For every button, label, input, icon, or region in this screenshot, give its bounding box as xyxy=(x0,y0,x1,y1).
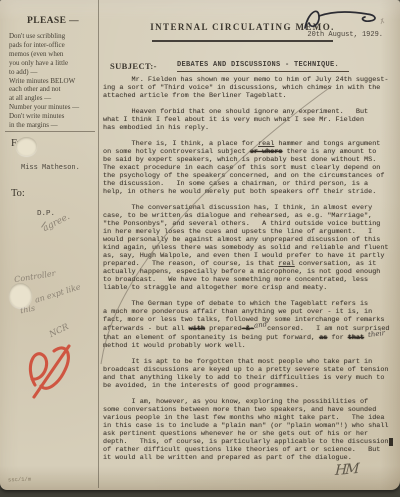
punch-hole-top xyxy=(16,137,37,156)
please-heading: PLEASE — xyxy=(27,16,79,26)
memo-paragraph: Mr. Fielden has shown me your memo to hi… xyxy=(103,76,397,100)
archive-reference: ssc/1/m xyxy=(8,476,31,484)
title-underline xyxy=(152,40,333,42)
punch-hole-bottom xyxy=(9,283,32,308)
subject-value: DEBATES AND DISCUSSIONS - TECHNIQUE. xyxy=(177,61,349,72)
memo-paragraph: Heaven forbid that one should ignore any… xyxy=(103,108,397,132)
memo-paragraph: The conversational discussion has, I thi… xyxy=(103,204,397,292)
memo-paragraph: The German type of debate to which the T… xyxy=(103,300,397,350)
margin-divider-rule xyxy=(98,0,99,488)
to-label: To: xyxy=(11,188,25,199)
memo-paragraph: I am, however, as you know, exploring th… xyxy=(103,398,397,462)
memo-date: 20th August, 1929. xyxy=(250,31,383,39)
from-value: Miss Matheson. xyxy=(21,164,80,172)
scanned-memo-page: PLEASE — Don't use scribbling pads for i… xyxy=(0,0,400,497)
memo-paragraph: It is apt to be forgotten that most peop… xyxy=(103,358,397,390)
margin-horizontal-rule xyxy=(5,131,95,132)
to-value: D.P. xyxy=(37,210,55,218)
memo-body: Mr. Fielden has shown me your memo to hi… xyxy=(103,76,397,470)
handwritten-footer-initials: HM xyxy=(335,461,358,479)
memo-paragraph: There is, I think, a place for real hamm… xyxy=(103,140,397,196)
subject-label: SUBJECT:- xyxy=(110,61,157,71)
margin-instructions: Don't use scribbling pads for inter-offi… xyxy=(9,32,97,130)
